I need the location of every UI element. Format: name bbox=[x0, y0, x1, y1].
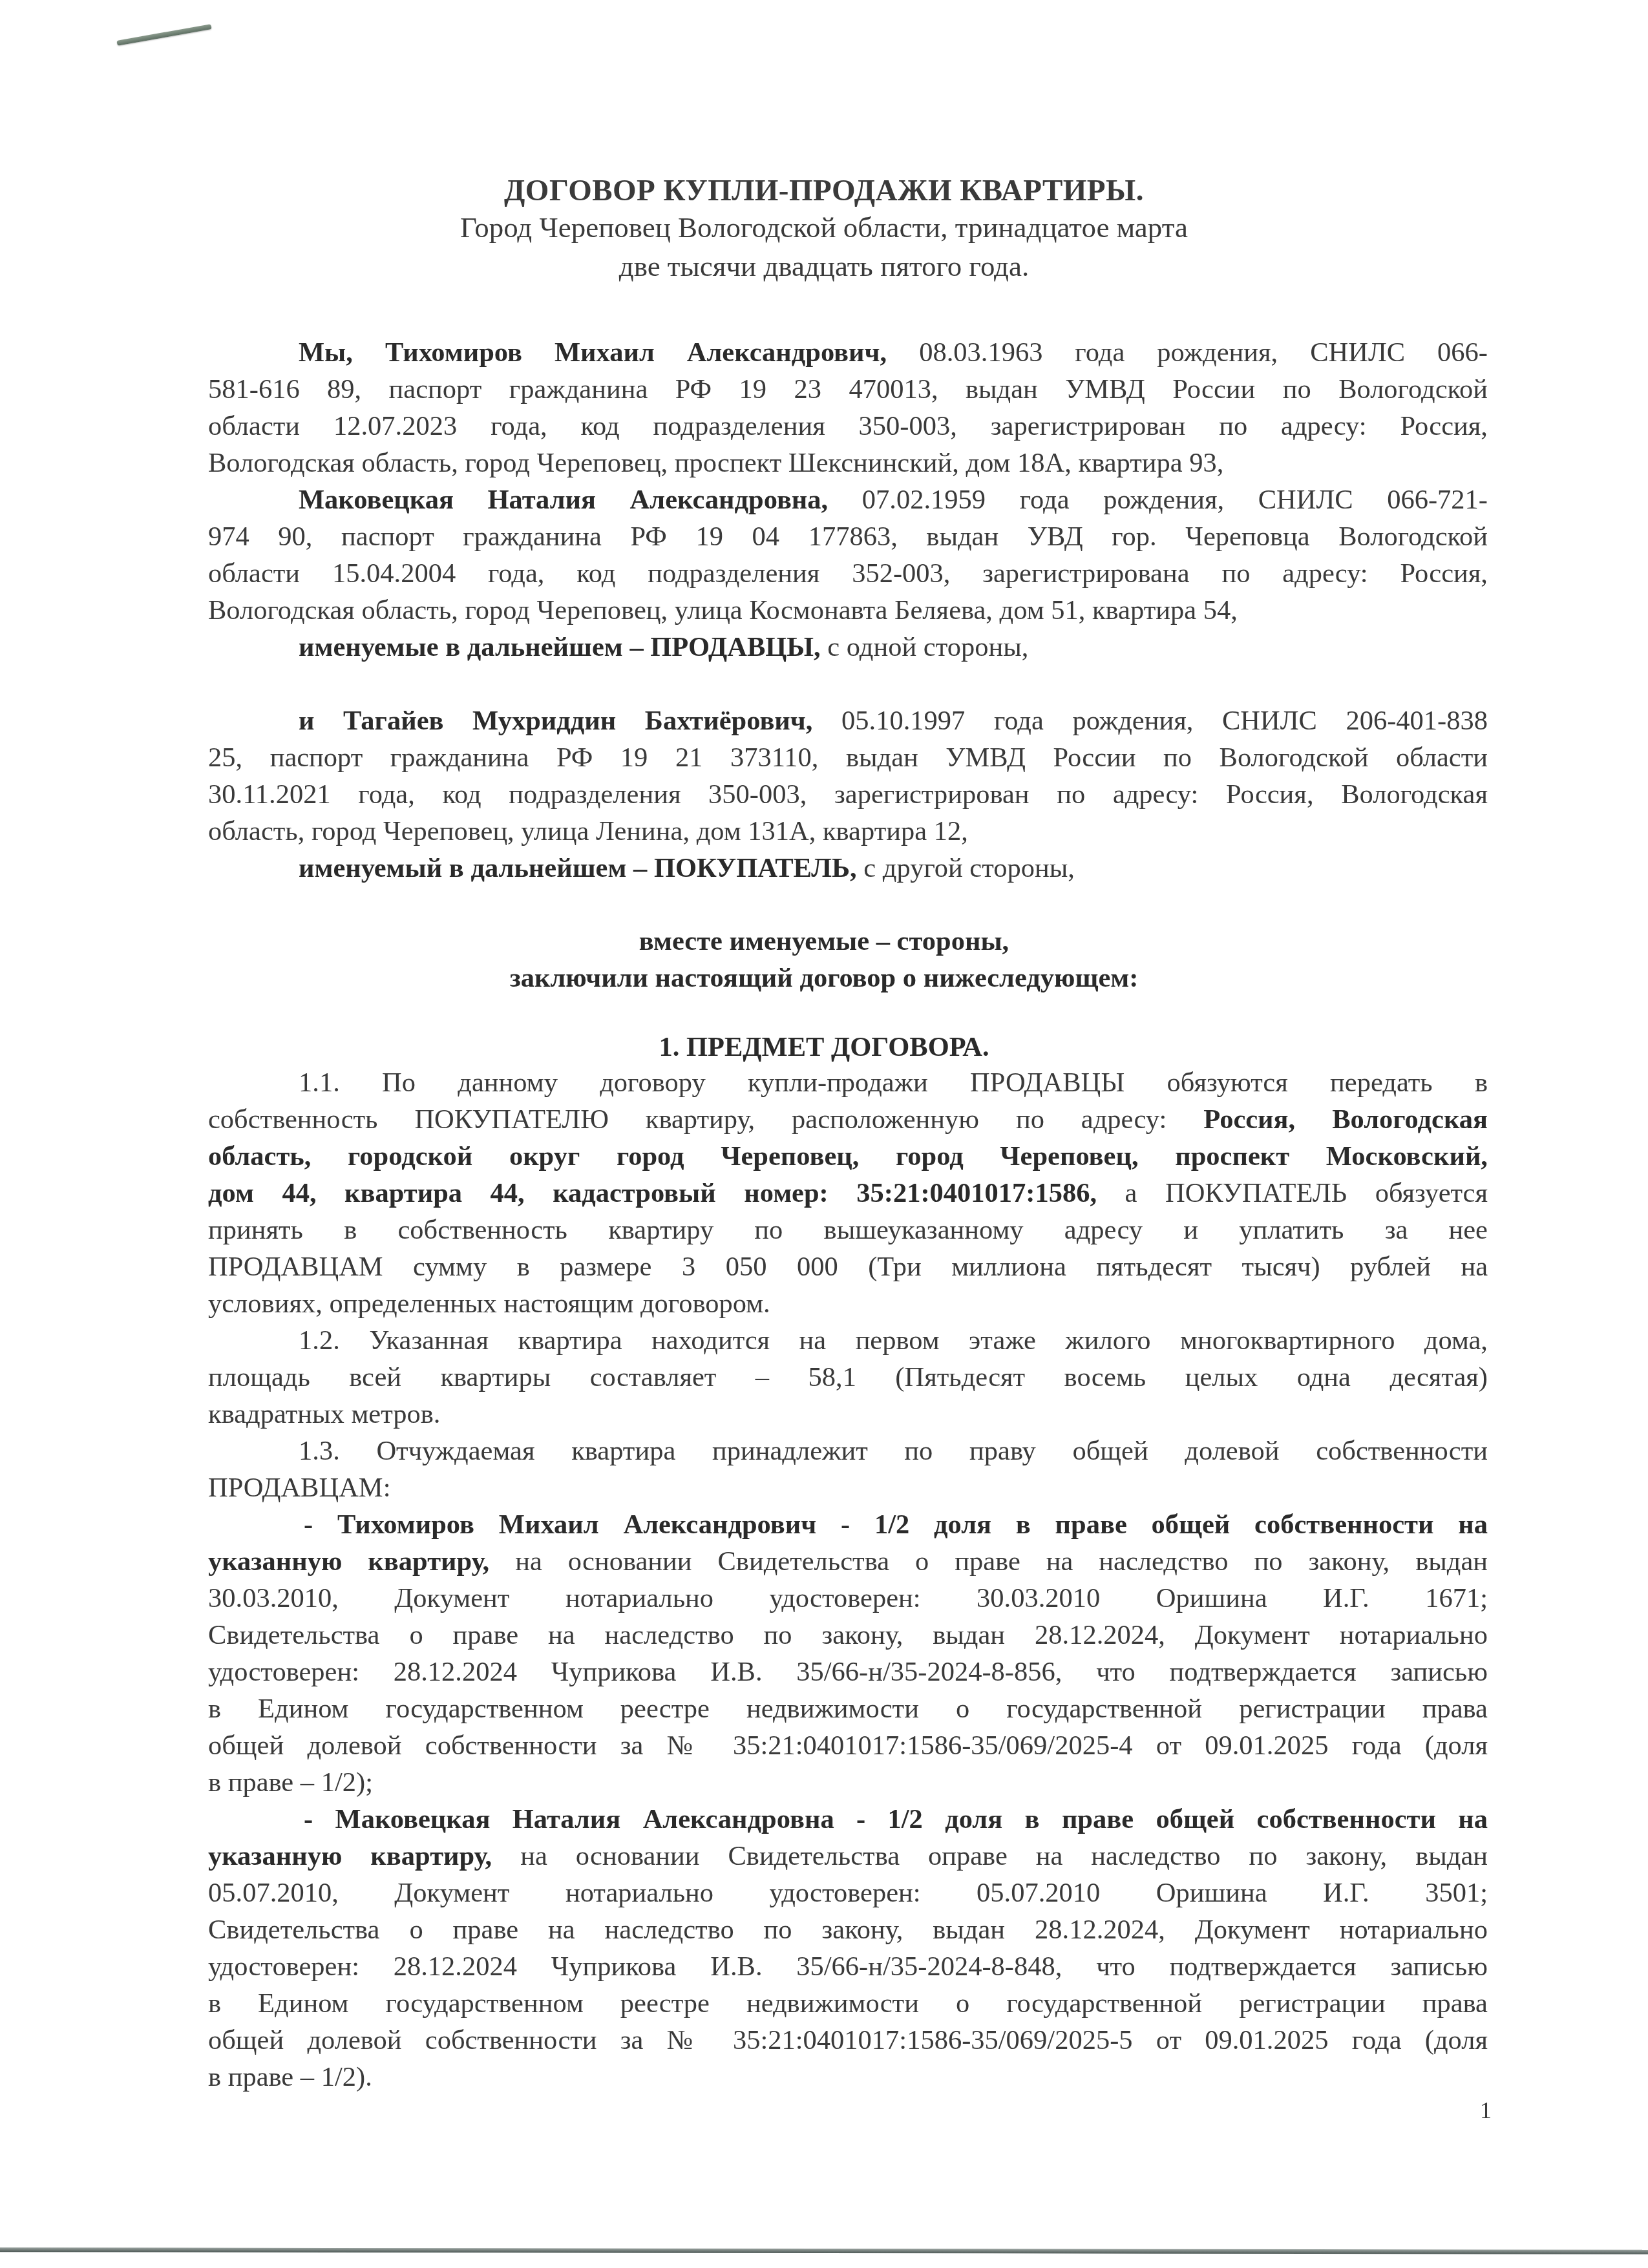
seller1-line: Вологодская область, город Череповец, пр… bbox=[208, 446, 1488, 480]
share1-line: Свидетельства о праве на наследство по з… bbox=[208, 1619, 1488, 1652]
seller2-line: области 15.04.2004 года, код подразделен… bbox=[208, 557, 1488, 591]
share1-line: общей долевой собственности за № 35:21:0… bbox=[208, 1729, 1488, 1763]
document-place-date-line2: две тысячи двадцать пятого года. bbox=[0, 249, 1648, 283]
share2-line: - Маковецкая Наталия Александровна - 1/2… bbox=[304, 1803, 1488, 1836]
sellers-designation: именуемые в дальнейшем – ПРОДАВЦЫ, с одн… bbox=[299, 631, 1488, 664]
scan-edge-line bbox=[0, 2247, 1648, 2254]
document-title: ДОГОВОР КУПЛИ-ПРОДАЖИ КВАРТИРЫ. bbox=[0, 173, 1648, 208]
share1-line: в Едином государственном реестре недвижи… bbox=[208, 1692, 1488, 1726]
clause-1-1-line: ПРОДАВЦАМ сумму в размере 3 050 000 (Три… bbox=[208, 1250, 1488, 1284]
share2-line: общей долевой собственности за № 35:21:0… bbox=[208, 2024, 1488, 2057]
share2-line: удостоверен: 28.12.2024 Чуприкова И.В. 3… bbox=[208, 1950, 1488, 1984]
page-number: 1 bbox=[1480, 2097, 1492, 2124]
clause-1-1-line: условиях, определенных настоящим договор… bbox=[208, 1287, 1488, 1321]
clause-1-1-line: область, городской округ город Череповец… bbox=[208, 1140, 1488, 1173]
share2-line: указанную квартиру, на основании Свидете… bbox=[208, 1840, 1488, 1873]
seller2-line: 974 90, паспорт гражданина РФ 19 04 1778… bbox=[208, 520, 1488, 554]
clause-1-2-line: квадратных метров. bbox=[208, 1398, 1488, 1431]
clause-1-3-line: 1.3. Отчуждаемая квартира принадлежит по… bbox=[299, 1434, 1488, 1468]
share1-line: указанную квартиру, на основании Свидете… bbox=[208, 1545, 1488, 1579]
clause-1-1-line: дом 44, квартира 44, кадастровый номер: … bbox=[208, 1177, 1488, 1210]
share2-line: в праве – 1/2). bbox=[208, 2061, 1488, 2094]
clause-1-1-line: принять в собственность квартиру по выше… bbox=[208, 1213, 1488, 1247]
buyer-line: область, город Череповец, улица Ленина, … bbox=[208, 815, 1488, 848]
parties-agreed: заключили настоящий договор о нижеследую… bbox=[0, 962, 1648, 994]
share1-line: - Тихомиров Михаил Александрович - 1/2 д… bbox=[304, 1508, 1488, 1542]
seller1-line: области 12.07.2023 года, код подразделен… bbox=[208, 410, 1488, 443]
buyer-designation: именуемый в дальнейшем – ПОКУПАТЕЛЬ, с д… bbox=[299, 852, 1488, 885]
share2-line: Свидетельства о праве на наследство по з… bbox=[208, 1913, 1488, 1947]
seller2-line: Маковецкая Наталия Александровна, 07.02.… bbox=[299, 483, 1488, 517]
clause-1-1-line: собственность ПОКУПАТЕЛЮ квартиру, распо… bbox=[208, 1103, 1488, 1137]
share2-line: в Едином государственном реестре недвижи… bbox=[208, 1987, 1488, 2021]
clause-1-1-line: 1.1. По данному договору купли-продажи П… bbox=[299, 1066, 1488, 1100]
share1-line: в праве – 1/2); bbox=[208, 1766, 1488, 1800]
document-place-date-line1: Город Череповец Вологодской области, три… bbox=[0, 211, 1648, 244]
clause-1-3-line: ПРОДАВЦАМ: bbox=[208, 1471, 1488, 1505]
seller1-line: 581-616 89, паспорт гражданина РФ 19 23 … bbox=[208, 373, 1488, 406]
buyer-line: 30.11.2021 года, код подразделения 350-0… bbox=[208, 778, 1488, 812]
staple-mark bbox=[116, 24, 211, 46]
clause-1-2-line: 1.2. Указанная квартира находится на пер… bbox=[299, 1324, 1488, 1358]
share2-line: 05.07.2010, Документ нотариально удостов… bbox=[208, 1876, 1488, 1910]
section-heading: 1. ПРЕДМЕТ ДОГОВОРА. bbox=[0, 1031, 1648, 1063]
parties-together: вместе именуемые – стороны, bbox=[0, 925, 1648, 957]
clause-1-2-line: площадь всей квартиры составляет – 58,1 … bbox=[208, 1361, 1488, 1394]
share1-line: удостоверен: 28.12.2024 Чуприкова И.В. 3… bbox=[208, 1655, 1488, 1689]
seller2-line: Вологодская область, город Череповец, ул… bbox=[208, 594, 1488, 627]
buyer-line: 25, паспорт гражданина РФ 19 21 373110, … bbox=[208, 741, 1488, 775]
seller1-line: Мы, Тихомиров Михаил Александрович, 08.0… bbox=[299, 336, 1488, 370]
share1-line: 30.03.2010, Документ нотариально удостов… bbox=[208, 1582, 1488, 1615]
buyer-line: и Тагайев Мухриддин Бахтиёрович, 05.10.1… bbox=[299, 704, 1488, 738]
